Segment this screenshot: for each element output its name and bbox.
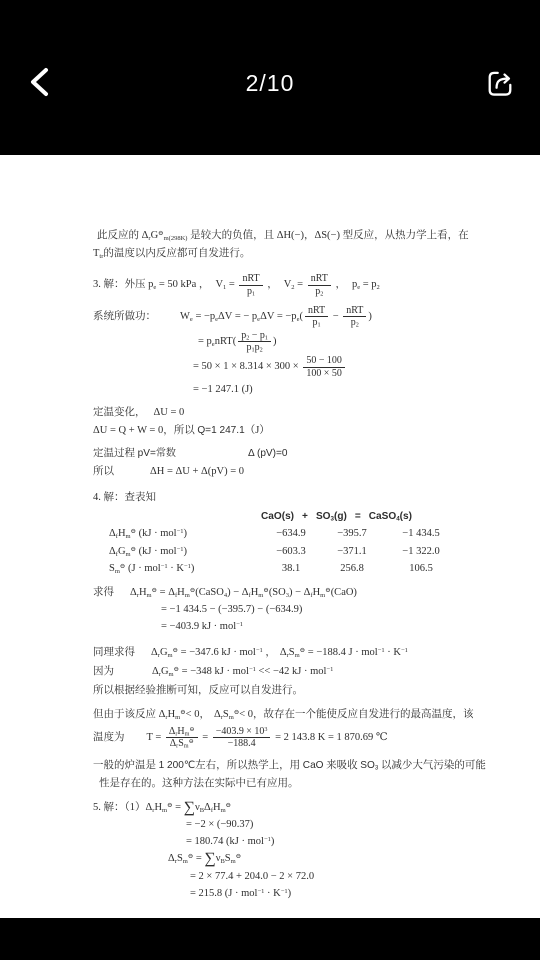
doc-line: = −1 434.5 − (−395.7) − (−634.9)	[93, 602, 478, 617]
doc-line: = −1 247.1 (J)	[93, 382, 478, 397]
doc-line: = −403.9 kJ · mol−1	[93, 619, 478, 634]
doc-line: 系统所做功：We = −peΔV = − peΔV = −pe(nRTp1 − …	[93, 305, 478, 328]
reaction-equation: CaO(s)+SO3(g)=CaSO4(s)	[259, 510, 461, 525]
table-row-label: ΔfHm⊖ (kJ · mol−1)	[109, 526, 259, 541]
top-bar: 2/10	[0, 0, 540, 155]
doc-line: = −2 × (−90.37)	[93, 817, 478, 832]
table-cell: 256.8	[323, 561, 381, 576]
doc-line: 因为ΔrGm⊖ = −348 kJ · mol−1 << −42 kJ · mo…	[93, 664, 478, 679]
doc-line: 定温变化，ΔU = 0	[93, 405, 478, 420]
page-indicator: 2/10	[246, 70, 295, 97]
table-row: ΔfGm⊖ (kJ · mol−1)−603.3−371.1−1 322.0	[109, 544, 478, 559]
doc-line: 3. 解：外压 pe = 50 kPa ，V1 = nRTp1 ，V2 = nR…	[93, 273, 478, 296]
table-cell: −603.3	[259, 544, 323, 559]
doc-line: 同理求得ΔrGm⊖ = −347.6 kJ · mol−1 ，ΔrSm⊖ = −…	[93, 645, 478, 660]
doc-line: 4. 解：查表知	[93, 490, 478, 505]
table-row-label: Sm⊖ (J · mol−1 · K−1)	[109, 561, 259, 576]
doc-line: 所以ΔH = ΔU + Δ(pV) = 0	[93, 464, 478, 479]
doc-line: = 50 × 1 × 8.314 × 300 × 50 − 100100 × 5…	[93, 355, 478, 378]
doc-line: 一般的炉温是 1 200℃左右，所以热学上，用 CaO 来吸收 SO3 以减少大…	[93, 758, 478, 774]
app-screen: 2/10 此反应的 ΔrG⊖m(298K) 是较大的负值，且 ΔH(−)，ΔS(…	[0, 0, 540, 960]
top-bar-row: 2/10	[0, 58, 540, 108]
doc-line: 此反应的 ΔrG⊖m(298K) 是较大的负值，且 ΔH(−)，ΔS(−) 型反…	[93, 228, 478, 243]
bottom-bar	[0, 918, 540, 960]
doc-line: = 180.74 (kJ · mol−1)	[93, 834, 478, 849]
share-button[interactable]	[480, 63, 520, 103]
doc-line: ΔU = Q + W = 0，所以 Q=1 247.1（J）	[93, 423, 478, 439]
doc-line: ΔrSm⊖ = ∑νBSm⊖	[93, 851, 478, 866]
back-button[interactable]	[20, 63, 60, 103]
doc-line: 但由于该反应 ΔrHm⊖< 0，ΔrSm⊖< 0，故存在一个能使反应自发进行的最…	[93, 707, 478, 722]
document-lines: 此反应的 ΔrG⊖m(298K) 是较大的负值，且 ΔH(−)，ΔS(−) 型反…	[0, 155, 540, 901]
doc-line: = 2 × 77.4 + 204.0 − 2 × 72.0	[93, 869, 478, 884]
doc-line: = 215.8 (J · mol−1 · K−1)	[93, 886, 478, 901]
table-cell: −1 322.0	[381, 544, 461, 559]
document-page[interactable]: 此反应的 ΔrG⊖m(298K) 是较大的负值，且 ΔH(−)，ΔS(−) 型反…	[0, 155, 540, 918]
table-cell: 38.1	[259, 561, 323, 576]
table-cell: −371.1	[323, 544, 381, 559]
doc-line: 温度为T = ΔrHm⊖ΔrSm⊖ = −403.9 × 103−188.4 =…	[93, 726, 478, 749]
table-row: ΔfHm⊖ (kJ · mol−1)−634.9−395.7−1 434.5	[109, 526, 478, 541]
table-row-label: ΔfGm⊖ (kJ · mol−1)	[109, 544, 259, 559]
table-cell: −395.7	[323, 526, 381, 541]
reaction-table: CaO(s)+SO3(g)=CaSO4(s)ΔfHm⊖ (kJ · mol−1)…	[109, 510, 478, 576]
table-cell: −1 434.5	[381, 526, 461, 541]
table-row: Sm⊖ (J · mol−1 · K−1)38.1256.8106.5	[109, 561, 478, 576]
share-export-icon	[484, 66, 516, 101]
table-cell: 106.5	[381, 561, 461, 576]
doc-line: = penRT(p2 − p1p1p2)	[93, 330, 478, 353]
doc-line: 5. 解：（1）ΔrHm⊖ = ∑νBΔfHm⊖	[93, 800, 478, 815]
table-cell: −634.9	[259, 526, 323, 541]
doc-line: 所以根据经验推断可知，反应可以自发进行。	[93, 683, 478, 698]
back-chevron-icon	[27, 66, 53, 101]
doc-line: 求得ΔrHm⊖ = ΔfHm⊖(CaSO4) − ΔfHm⊖(SO3) − Δf…	[93, 585, 478, 600]
reaction-equation-row: CaO(s)+SO3(g)=CaSO4(s)	[109, 510, 478, 525]
doc-line: Ttr的温度以内反应都可自发进行。	[93, 246, 478, 261]
doc-line: 定温过程 pV=常数Δ (pV)=0	[93, 446, 478, 462]
doc-line: 性是存在的。这种方法在实际中已有应用。	[93, 776, 478, 791]
